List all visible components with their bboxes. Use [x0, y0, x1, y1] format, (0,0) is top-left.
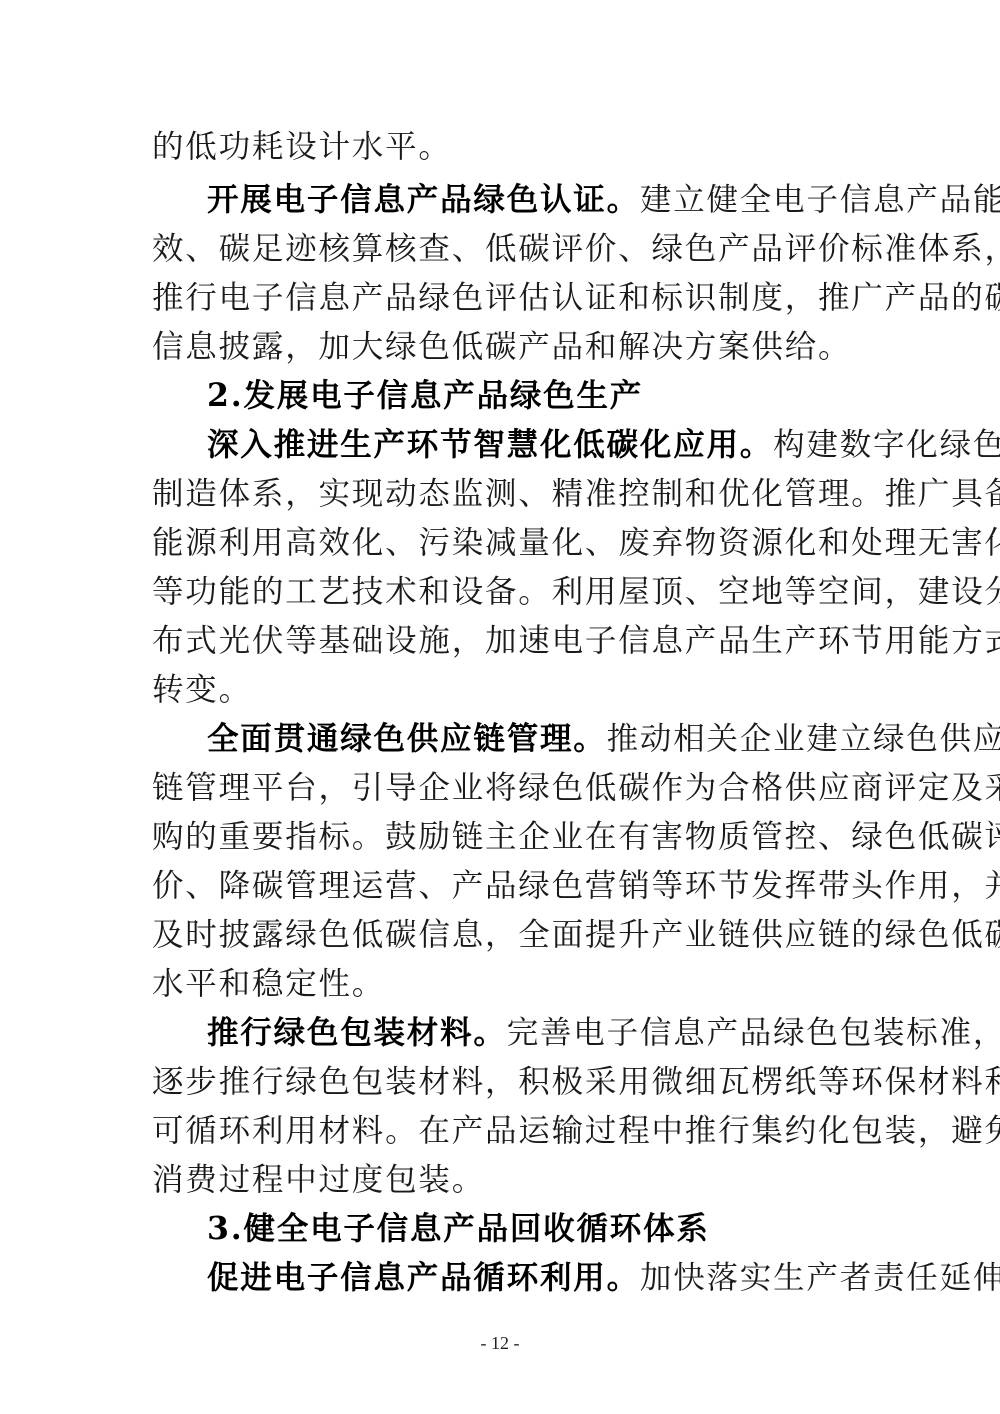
- paragraph-line: 推行绿色包装材料。完善电子信息产品绿色包装标准，: [207, 1013, 852, 1053]
- paragraph-line: 促进电子信息产品循环利用。加快落实生产者责任延伸: [207, 1258, 852, 1298]
- paragraph-line: 转变。: [152, 670, 852, 710]
- line-text: 的低功耗设计水平。: [152, 129, 452, 165]
- paragraph-line: 价、降碳管理运营、产品绿色营销等环节发挥带头作用，并: [152, 866, 852, 906]
- paragraph-line: 水平和稳定性。: [152, 964, 852, 1004]
- line-text: 完善电子信息产品绿色包装标准，: [507, 1015, 1000, 1051]
- line-text: 价、降碳管理运营、产品绿色营销等环节发挥带头作用，并: [152, 868, 1000, 904]
- paragraph-line: 能源利用高效化、污染减量化、废弃物资源化和处理无害化: [152, 523, 852, 563]
- line-text: 建立健全电子信息产品能: [640, 182, 1000, 218]
- line-text: 制造体系，实现动态监测、精准控制和优化管理。推广具备: [152, 476, 1000, 512]
- paragraph-lead-bold: 开展电子信息产品绿色认证。: [207, 181, 640, 218]
- paragraph-line: 消费过程中过度包装。: [152, 1160, 852, 1200]
- paragraph-line: 购的重要指标。鼓励链主企业在有害物质管控、绿色低碳评: [152, 817, 852, 857]
- paragraph-line: 开展电子信息产品绿色认证。建立健全电子信息产品能: [207, 180, 852, 220]
- line-text: 推动相关企业建立绿色供应: [607, 721, 1000, 757]
- paragraph-line: 布式光伏等基础设施，加速电子信息产品生产环节用能方式: [152, 621, 852, 661]
- paragraph-line: 链管理平台，引导企业将绿色低碳作为合格供应商评定及采: [152, 768, 852, 808]
- heading-text: 3.健全电子信息产品回收循环体系: [207, 1210, 710, 1247]
- paragraph-lead-bold: 促进电子信息产品循环利用。: [207, 1259, 640, 1296]
- line-text: 信息披露，加大绿色低碳产品和解决方案供给。: [152, 329, 851, 365]
- paragraph-line: 逐步推行绿色包装材料，积极采用微细瓦楞纸等环保材料和: [152, 1062, 852, 1102]
- line-text: 可循环利用材料。在产品运输过程中推行集约化包装，避免: [152, 1113, 1000, 1149]
- paragraph-line: 全面贯通绿色供应链管理。推动相关企业建立绿色供应: [207, 719, 852, 759]
- line-text: 效、碳足迹核算核查、低碳评价、绿色产品评价标准体系，: [152, 231, 1000, 267]
- paragraph-line: 信息披露，加大绿色低碳产品和解决方案供给。: [152, 327, 852, 367]
- page-number: - 12 -: [0, 1333, 1000, 1354]
- paragraph-lead-bold: 全面贯通绿色供应链管理。: [207, 720, 607, 757]
- line-text: 加快落实生产者责任延伸: [640, 1260, 1000, 1296]
- line-text: 推行电子信息产品绿色评估认证和标识制度，推广产品的碳: [152, 280, 1000, 316]
- document-page: 的低功耗设计水平。 开展电子信息产品绿色认证。建立健全电子信息产品能 效、碳足迹…: [0, 0, 1000, 1414]
- line-text: 消费过程中过度包装。: [152, 1162, 485, 1198]
- line-text: 能源利用高效化、污染减量化、废弃物资源化和处理无害化: [152, 525, 1000, 561]
- paragraph-line: 深入推进生产环节智慧化低碳化应用。构建数字化绿色: [207, 425, 852, 465]
- paragraph-line: 制造体系，实现动态监测、精准控制和优化管理。推广具备: [152, 474, 852, 514]
- line-text: 逐步推行绿色包装材料，积极采用微细瓦楞纸等环保材料和: [152, 1064, 1000, 1100]
- heading-text: 2.发展电子信息产品绿色生产: [207, 377, 643, 414]
- paragraph-lead-bold: 深入推进生产环节智慧化低碳化应用。: [207, 426, 773, 463]
- line-text: 等功能的工艺技术和设备。利用屋顶、空地等空间，建设分: [152, 574, 1000, 610]
- paragraph-line: 推行电子信息产品绿色评估认证和标识制度，推广产品的碳: [152, 278, 852, 318]
- section-heading: 3.健全电子信息产品回收循环体系: [207, 1209, 852, 1249]
- line-text: 及时披露绿色低碳信息，全面提升产业链供应链的绿色低碳: [152, 917, 1000, 953]
- paragraph-line: 可循环利用材料。在产品运输过程中推行集约化包装，避免: [152, 1111, 852, 1151]
- paragraph-line: 效、碳足迹核算核查、低碳评价、绿色产品评价标准体系，: [152, 229, 852, 269]
- paragraph-line: 的低功耗设计水平。: [152, 127, 852, 167]
- line-text: 构建数字化绿色: [773, 427, 1000, 463]
- line-text: 水平和稳定性。: [152, 966, 385, 1002]
- paragraph-line: 及时披露绿色低碳信息，全面提升产业链供应链的绿色低碳: [152, 915, 852, 955]
- line-text: 布式光伏等基础设施，加速电子信息产品生产环节用能方式: [152, 623, 1000, 659]
- line-text: 购的重要指标。鼓励链主企业在有害物质管控、绿色低碳评: [152, 819, 1000, 855]
- paragraph-lead-bold: 推行绿色包装材料。: [207, 1014, 507, 1051]
- line-text: 转变。: [152, 672, 252, 708]
- paragraph-line: 等功能的工艺技术和设备。利用屋顶、空地等空间，建设分: [152, 572, 852, 612]
- section-heading: 2.发展电子信息产品绿色生产: [207, 376, 852, 416]
- line-text: 链管理平台，引导企业将绿色低碳作为合格供应商评定及采: [152, 770, 1000, 806]
